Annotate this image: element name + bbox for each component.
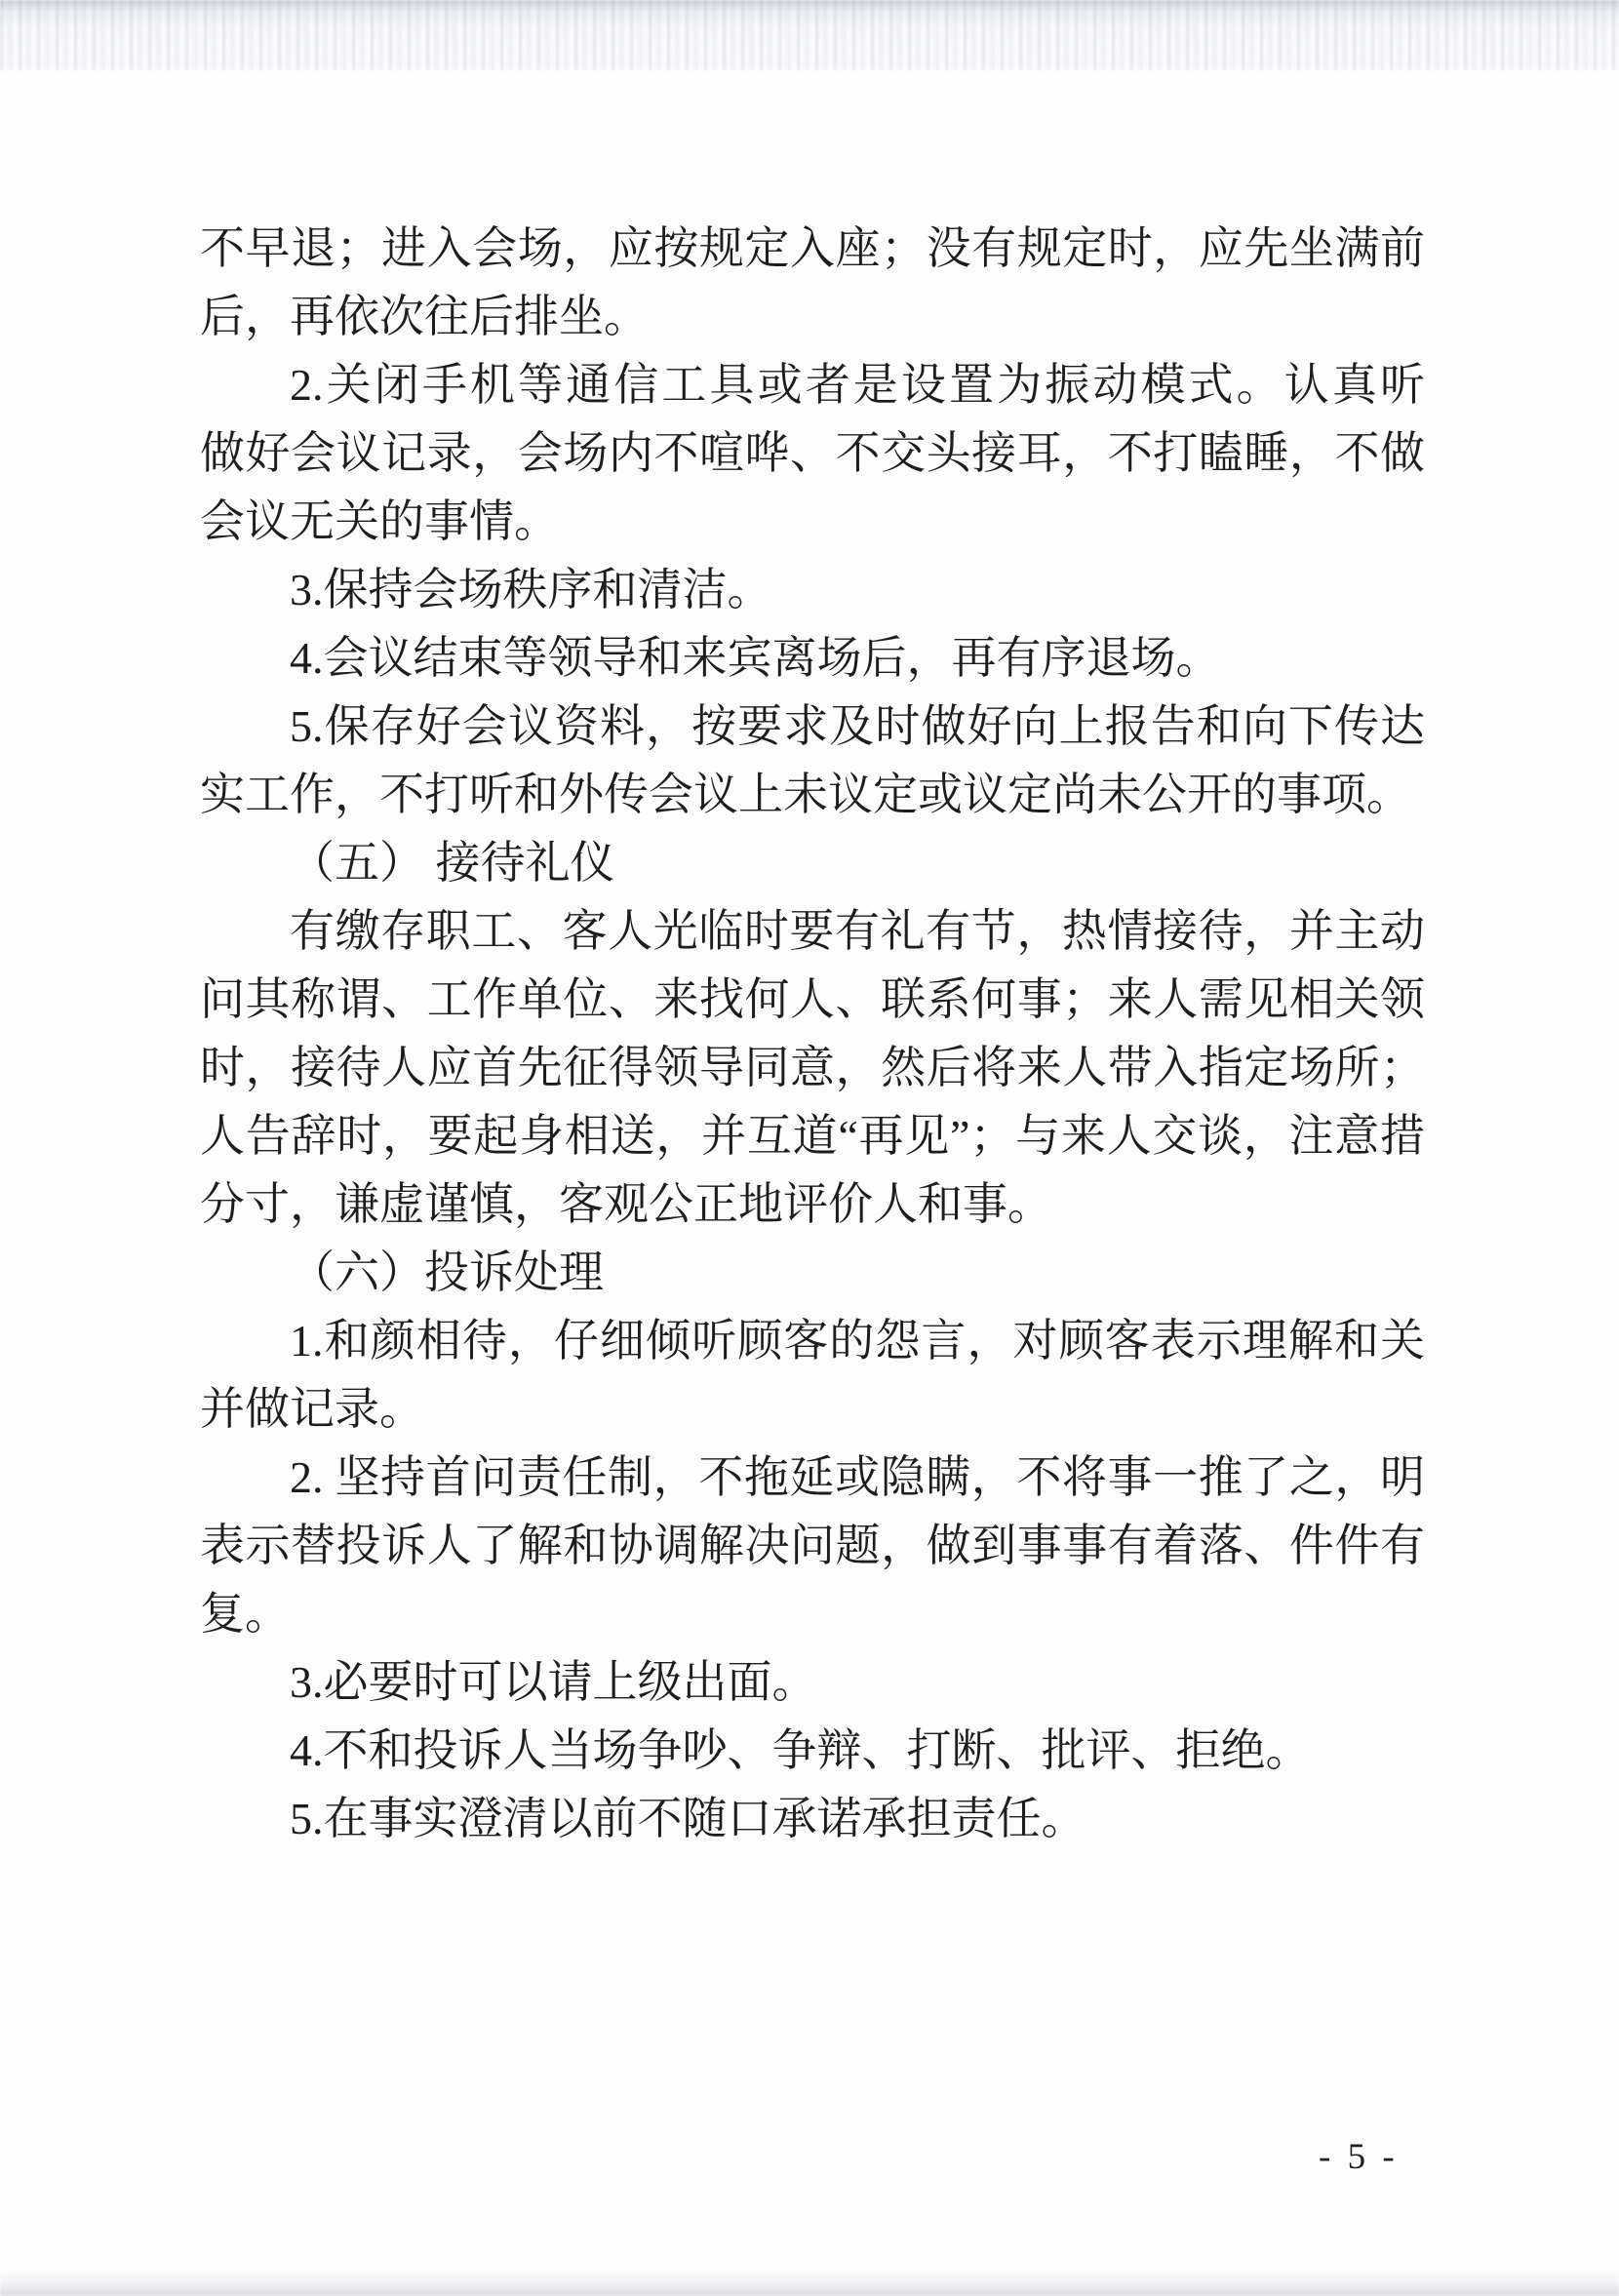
text-line: 3.保持会场秩序和清洁。 [200, 556, 1425, 624]
text-line: 1.和颜相待，仔细倾听顾客的怨言，对顾客表示理解和关注， [200, 1307, 1425, 1375]
scan-artifact-bottom [0, 2271, 1619, 2296]
document-body: 不早退；进入会场，应按规定入座；没有规定时，应先坐满前排后，再依次往后排坐。2.… [200, 215, 1425, 1853]
text-line: 2.关闭手机等通信工具或者是设置为振动模式。认真听会， [200, 351, 1425, 419]
text-line: 做好会议记录，会场内不喧哗、不交头接耳，不打瞌睡，不做与 [200, 419, 1425, 488]
section-heading: （六）投诉处理 [200, 1239, 1425, 1307]
text-line: 实工作，不打听和外传会议上未议定或议定尚未公开的事项。 [200, 761, 1425, 829]
text-line: 不早退；进入会场，应按规定入座；没有规定时，应先坐满前排 [200, 215, 1425, 283]
text-line: 有缴存职工、客人光临时要有礼有节，热情接待，并主动询 [200, 897, 1425, 966]
text-line: 会议无关的事情。 [200, 488, 1425, 556]
text-line: 并做记录。 [200, 1375, 1425, 1444]
text-line: 人告辞时，要起身相送，并互道“再见”；与来人交谈，注意措辞 [200, 1102, 1425, 1170]
text-line: 5.在事实澄清以前不随口承诺承担责任。 [200, 1785, 1425, 1853]
text-line: 2. 坚持首问责任制，不拖延或隐瞒，不将事一推了之，明确 [200, 1444, 1425, 1512]
text-line: 时，接待人应首先征得领导同意，然后将来人带入指定场所；来 [200, 1034, 1425, 1102]
text-line: 4.会议结束等领导和来宾离场后，再有序退场。 [200, 624, 1425, 693]
scan-artifact-top [0, 0, 1619, 70]
text-line: 后，再依次往后排坐。 [200, 283, 1425, 351]
text-line: 问其称谓、工作单位、来找何人、联系何事；来人需见相关领导 [200, 966, 1425, 1034]
page-number: - 5 - [1319, 2136, 1399, 2178]
text-line: 分寸，谦虚谨慎，客观公正地评价人和事。 [200, 1170, 1425, 1239]
text-line: 3.必要时可以请上级出面。 [200, 1648, 1425, 1717]
text-line: 复。 [200, 1580, 1425, 1648]
text-line: 表示替投诉人了解和协调解决问题，做到事事有着落、件件有回 [200, 1512, 1425, 1580]
section-heading: （五） 接待礼仪 [200, 829, 1425, 897]
text-line: 5.保存好会议资料，按要求及时做好向上报告和向下传达落 [200, 693, 1425, 761]
text-line: 4.不和投诉人当场争吵、争辩、打断、批评、拒绝。 [200, 1717, 1425, 1785]
